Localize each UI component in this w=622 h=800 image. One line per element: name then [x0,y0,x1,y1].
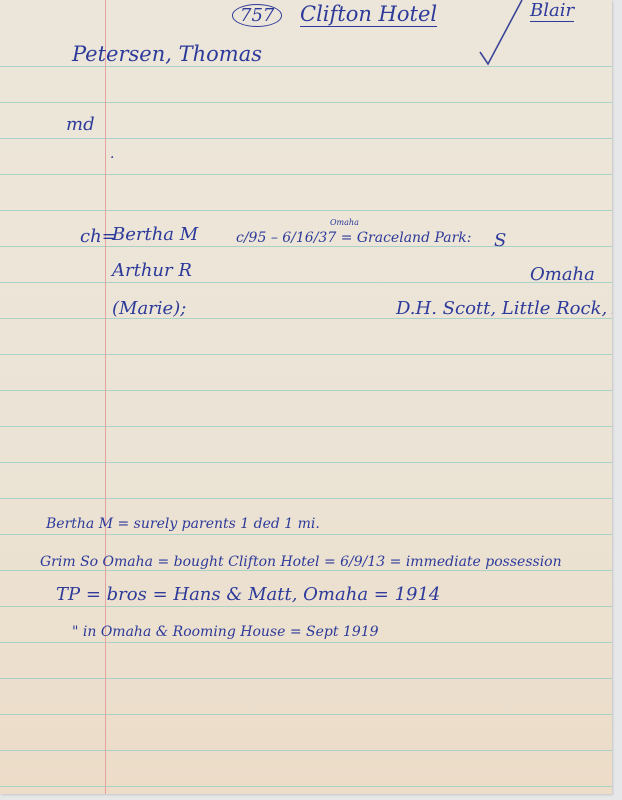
ruled-line [0,210,612,211]
ruled-line [0,282,612,283]
ink-dot: · [110,150,114,166]
ruled-line [0,102,612,103]
checkmark-icon [460,0,530,70]
ruled-line [0,174,612,175]
child-location: D.H. Scott, Little Rock, Ark [396,298,612,319]
note-line: Bertha M = surely parents 1 ded 1 mi. [46,516,320,532]
lined-paper-card: 757 Clifton Hotel Blair Petersen, Thomas… [0,0,612,794]
person-name: Petersen, Thomas [72,42,262,66]
ruled-line [0,642,612,643]
ruled-line [0,354,612,355]
ruled-line [0,390,612,391]
child-note-superscript: Omaha [330,218,359,227]
margin-line [105,0,106,794]
child-status-mark: S [494,230,506,251]
corner-note: Blair [530,0,574,22]
ruled-line [0,498,612,499]
ruled-line [0,462,612,463]
note-line: " in Omaha & Rooming House = Sept 1919 [72,624,379,640]
ruled-line [0,750,612,751]
note-line: TP = bros = Hans & Matt, Omaha = 1914 [56,584,440,605]
ruled-line [0,570,612,571]
ruled-line [0,534,612,535]
ruled-line [0,138,612,139]
ruled-line [0,714,612,715]
child-location: Omaha [530,264,595,285]
ruled-line [0,606,612,607]
child-note: c/95 – 6/16/37 = Graceland Park: [236,230,472,246]
place-heading: Clifton Hotel [300,2,437,27]
note-line: Grim So Omaha = bought Clifton Hotel = 6… [40,554,562,570]
child-name: Bertha M [112,224,198,245]
child-name: (Marie); [112,298,186,319]
child-name: Arthur R [112,260,192,281]
ruled-line [0,786,612,787]
record-number: 757 [232,4,282,27]
ruled-line [0,426,612,427]
marital-status: md [66,114,95,135]
ruled-line [0,678,612,679]
